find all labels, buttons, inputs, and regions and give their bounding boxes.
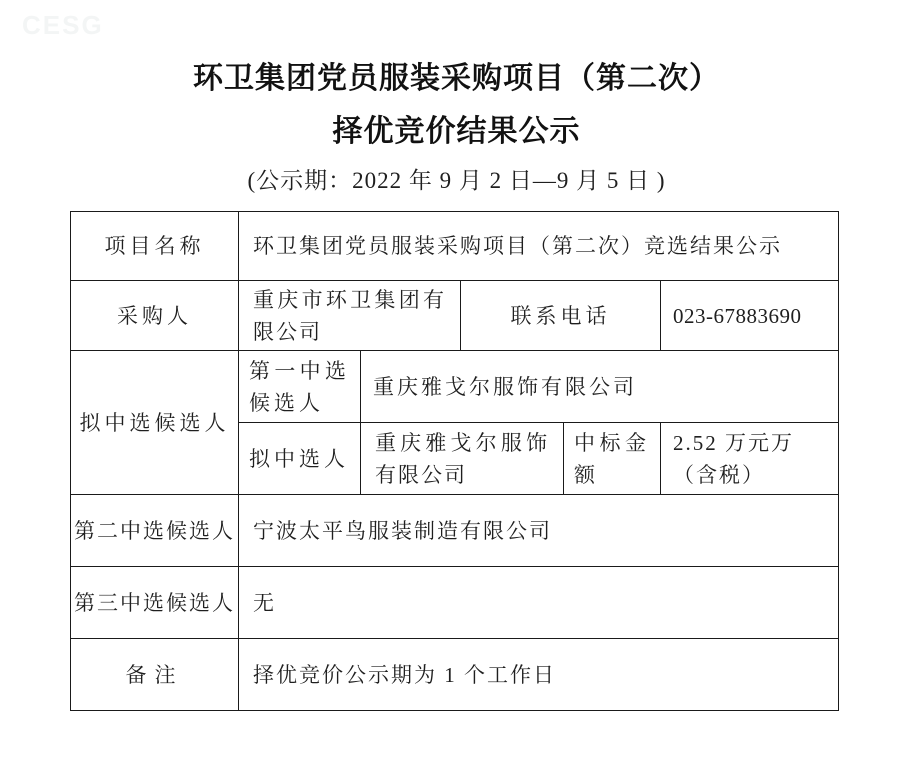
purchaser-label: 采购人 bbox=[71, 281, 239, 351]
publicity-period: (公示期：2022 年 9 月 2 日—9 月 5 日 ) bbox=[0, 165, 913, 197]
table-row-purchaser: 采购人 重庆市环卫集团有限公司 联系电话 023-67883690 bbox=[71, 281, 839, 351]
second-candidate-value: 宁波太平鸟服装制造有限公司 bbox=[239, 495, 839, 567]
first-candidate-label: 第一中选候选人 bbox=[239, 351, 361, 423]
proposed-winner-label: 拟中选人 bbox=[239, 423, 361, 495]
page-title-line1: 环卫集团党员服装采购项目（第二次） bbox=[0, 52, 913, 105]
candidates-label: 拟中选候选人 bbox=[71, 351, 239, 495]
table-row-remarks: 备注 择优竞价公示期为 1 个工作日 bbox=[71, 639, 839, 711]
proposed-winner-value: 重庆雅戈尔服饰有限公司 bbox=[361, 423, 564, 495]
purchaser-value: 重庆市环卫集团有限公司 bbox=[239, 281, 461, 351]
table-row-project-name: 项目名称 环卫集团党员服装采购项目（第二次）竞选结果公示 bbox=[71, 212, 839, 281]
table-row-second-candidate: 第二中选候选人 宁波太平鸟服装制造有限公司 bbox=[71, 495, 839, 567]
page-title-line2: 择优竞价结果公示 bbox=[0, 105, 913, 158]
third-candidate-label: 第三中选候选人 bbox=[71, 567, 239, 639]
remarks-value: 择优竞价公示期为 1 个工作日 bbox=[239, 639, 839, 711]
first-candidate-value: 重庆雅戈尔服饰有限公司 bbox=[361, 351, 839, 423]
watermark-logo-text: CESG bbox=[22, 10, 104, 41]
page-title: 环卫集团党员服装采购项目（第二次） 择优竞价结果公示 bbox=[0, 52, 913, 158]
remarks-label: 备注 bbox=[71, 639, 239, 711]
second-candidate-label: 第二中选候选人 bbox=[71, 495, 239, 567]
result-table: 项目名称 环卫集团党员服装采购项目（第二次）竞选结果公示 采购人 重庆市环卫集团… bbox=[70, 211, 839, 711]
third-candidate-value: 无 bbox=[239, 567, 839, 639]
contact-label: 联系电话 bbox=[461, 281, 661, 351]
project-name-label: 项目名称 bbox=[71, 212, 239, 281]
project-name-value: 环卫集团党员服装采购项目（第二次）竞选结果公示 bbox=[239, 212, 839, 281]
bid-amount-label: 中标金额 bbox=[564, 423, 661, 495]
table-row-third-candidate: 第三中选候选人 无 bbox=[71, 567, 839, 639]
table-row-first-candidate: 拟中选候选人 第一中选候选人 重庆雅戈尔服饰有限公司 bbox=[71, 351, 839, 423]
bid-amount-value: 2.52 万元万（含税） bbox=[661, 423, 839, 495]
contact-value: 023-67883690 bbox=[661, 281, 839, 351]
